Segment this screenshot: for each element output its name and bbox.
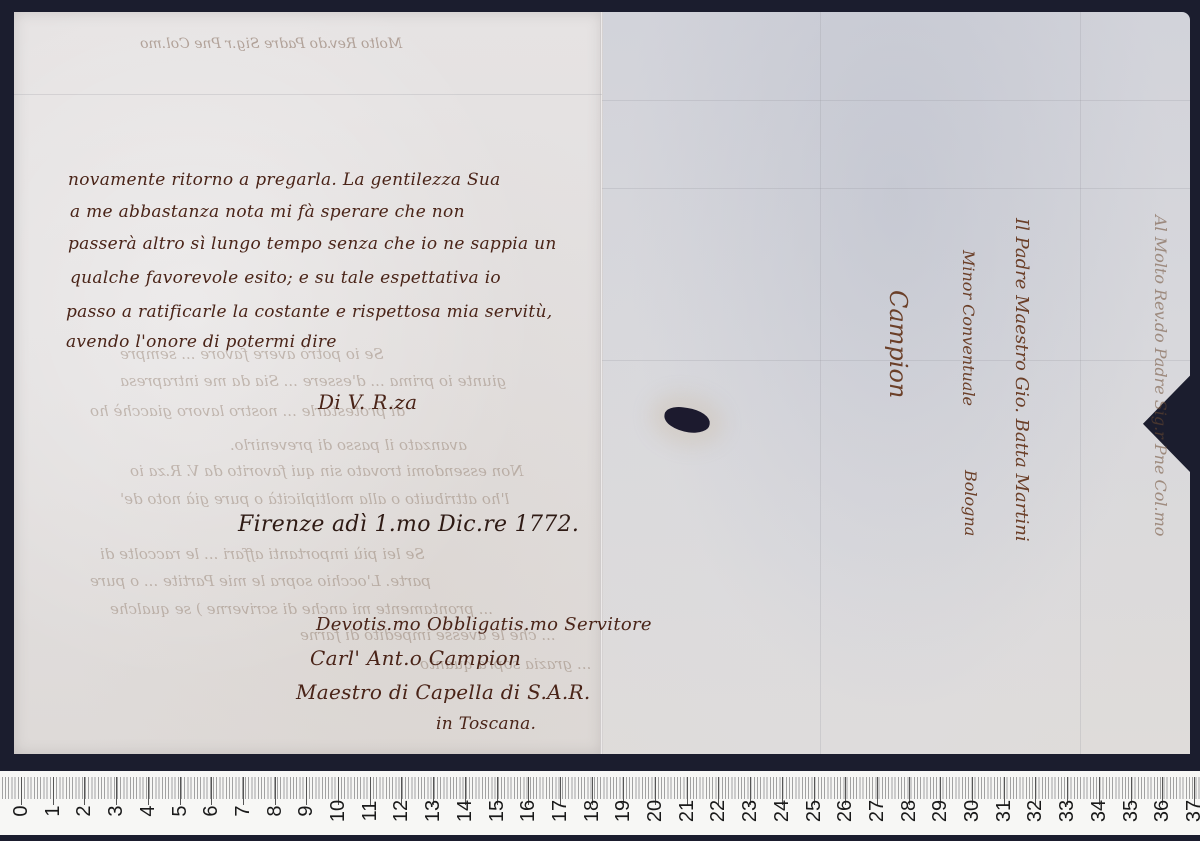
letter-body-line: a me abbastanza nota mi fà sperare che n… [70, 202, 465, 222]
ruler-label: 16 [518, 794, 538, 828]
ruler-label: 35 [1121, 794, 1141, 828]
ruler-label: 21 [677, 794, 697, 828]
ruler-label: 13 [423, 794, 443, 828]
ruler-label: 2 [74, 794, 94, 828]
ruler-label: 7 [233, 794, 253, 828]
ruler-label: 27 [867, 794, 887, 828]
document-scan: Molto Rev.do Padre Sig.r Pne Col.mo Se i… [0, 0, 1200, 841]
ruler-label: 31 [994, 794, 1014, 828]
salutation: Di V. R.za [318, 390, 417, 414]
ruler-label: 30 [962, 794, 982, 828]
bleedthrough-line: giunte io prima ... d'essere ... Sia da … [120, 372, 506, 390]
ruler-label: 4 [138, 794, 158, 828]
bleedthrough-line: l'ho attribuito o alla moltiplicità o pu… [120, 490, 509, 508]
ruler-label: 5 [170, 794, 190, 828]
signer-title: Maestro di Capella di S.A.R. [296, 680, 591, 704]
ruler-label: 14 [455, 794, 475, 828]
ruler-label: 26 [835, 794, 855, 828]
letter-body-line: novamente ritorno a pregarla. La gentile… [68, 170, 501, 190]
ruler-label: 3 [106, 794, 126, 828]
bleedthrough-line: Non essendomi trovato sin qui favorito d… [130, 462, 523, 480]
crease-line [1080, 12, 1081, 754]
letter-body-line: passo a ratificarle la costante e rispet… [66, 302, 552, 322]
center-fold [600, 12, 603, 754]
measurement-ruler: 0123456789101112131415161718192021222324… [0, 771, 1200, 835]
dateline: Firenze adì 1.mo Dic.re 1772. [238, 512, 579, 537]
address-line-2: Il Padre Maestro Gio. Batta Martini [1011, 218, 1032, 542]
signer-location: in Toscana. [436, 714, 536, 734]
ruler-label: 20 [645, 794, 665, 828]
ruler-label: 1 [43, 794, 63, 828]
ruler-label: 9 [296, 794, 316, 828]
ruler-label: 32 [1025, 794, 1045, 828]
bleedthrough-line: Se lei più importanti affari ... le racc… [100, 545, 425, 563]
crease-line [602, 100, 1190, 101]
ruler-label: 24 [772, 794, 792, 828]
ruler-label: 6 [201, 794, 221, 828]
ruler-label: 36 [1152, 794, 1172, 828]
docket-note: Campion [884, 290, 912, 398]
ruler-label: 29 [930, 794, 950, 828]
closing-line: Devotis.mo Obbligatis.mo Servitore [316, 614, 652, 635]
ruler-label: 22 [708, 794, 728, 828]
ruler-label: 15 [487, 794, 507, 828]
ruler-label: 33 [1057, 794, 1077, 828]
address-line-1: Al Molto Rev.do Padre Sig.r Pne Col.mo [1151, 215, 1170, 536]
address-line-3: Minor Conventuale [959, 250, 978, 406]
ruler-label: 28 [899, 794, 919, 828]
bleedthrough-line: parte. L'occhio sopra le mie Partite ...… [90, 572, 431, 590]
address-line-4: Bologna [961, 470, 980, 536]
crease-line [602, 188, 1190, 189]
ruler-label: 17 [550, 794, 570, 828]
ruler-label: 34 [1089, 794, 1109, 828]
ruler-label: 18 [582, 794, 602, 828]
letter-body-line: qualche favorevole esito; e su tale espe… [70, 268, 501, 288]
letter-body-line: passerà altro sì lungo tempo senza che i… [68, 234, 557, 254]
signature: Carl' Ant.o Campion [310, 646, 521, 670]
ruler-label: 12 [391, 794, 411, 828]
ruler-label: 8 [265, 794, 285, 828]
ruler-label: 23 [740, 794, 760, 828]
ruler-label: 11 [360, 794, 380, 828]
bleedthrough-header: Molto Rev.do Padre Sig.r Pne Col.mo [140, 36, 402, 52]
crease-line [14, 94, 602, 95]
ruler-label: 10 [328, 794, 348, 828]
bleedthrough-line: avanzato il passo di prevenirlo. [230, 436, 467, 454]
ruler-label: 25 [804, 794, 824, 828]
ruler-label: 19 [613, 794, 633, 828]
ruler-label: 0 [11, 794, 31, 828]
crease-line [820, 12, 821, 754]
letter-body-line: avendo l'onore di potermi dire [66, 332, 337, 352]
ruler-label: 37 [1184, 794, 1200, 828]
